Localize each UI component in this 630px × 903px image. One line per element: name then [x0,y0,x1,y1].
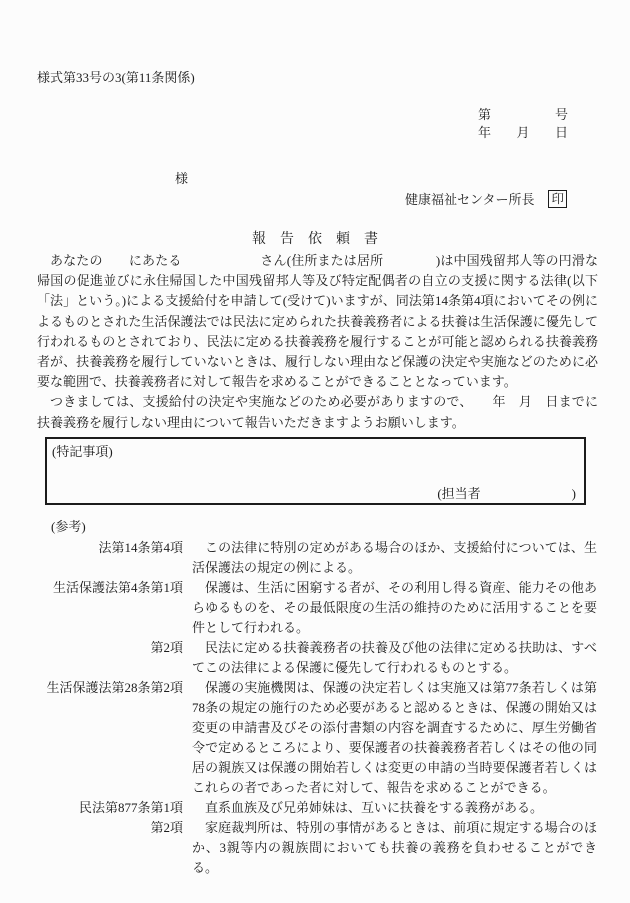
reference-article-label: 生活保護法第28条第2項 [37,678,183,798]
document-page: 様式第33号の3(第11条関係) 第 号 年 月 日 様 健康福祉センター所長 … [0,0,630,903]
reference-article-text: この法律に特別の定めがある場合のほか、支援給付については、生活保護法の規定の例に… [192,538,597,578]
reference-article-text: 保護は、生活に困窮する者が、その利用し得る資産、能力その他あらゆるものを、その最… [192,578,597,638]
body-text: あなたの にあたる さん(住所または居所 )は中国残留邦人等の円滑な帰国の促進並… [37,251,598,433]
reference-entry: 第2項 家庭裁判所は、特別の事情があるときは、前項に規定する場合のほか、3親等内… [37,818,603,878]
reference-article-label: 民法第877条第1項 [37,798,183,818]
reference-article-label: 法第14条第4項 [37,538,183,578]
sender-line: 健康福祉センター所長 印 [405,189,567,208]
reference-entry: 法第14条第4項 この法律に特別の定めがある場合のほか、支援給付については、生活… [37,538,603,578]
form-number: 様式第33号の3(第11条関係) [37,67,195,86]
document-number-line: 第 号 [478,104,568,123]
reference-entry: 民法第877条第1項 直系血族及び兄弟姉妹は、互いに扶養をする義務がある。 [37,798,603,818]
special-notes-label: (特記事項) [52,441,113,460]
reference-article-text: 民法に定める扶養義務者の扶養及び他の法律に定める扶助は、すべてこの法律による保護… [192,638,597,678]
reference-entry: 生活保護法第4条第1項 保護は、生活に困窮する者が、その利用し得る資産、能力その… [37,578,603,638]
reference-list: 法第14条第4項 この法律に特別の定めがある場合のほか、支援給付については、生活… [37,538,603,878]
date-day-label: 日 [555,122,568,141]
reference-article-label: 第2項 [37,638,183,678]
body-paragraph-2: つきましては、支援給付の決定や実施などのため必要がありますので、 年 月 日まで… [37,392,598,432]
reference-heading: (参考) [51,516,86,535]
date-month-label: 月 [516,122,529,141]
reference-entry: 第2項 民法に定める扶養義務者の扶養及び他の法律に定める扶助は、すべてこの法律に… [37,638,603,678]
special-notes-box: (特記事項) (担当者 ) [45,437,586,505]
reference-article-text: 直系血族及び兄弟姉妹は、互いに扶養をする義務がある。 [192,798,597,818]
doc-number-prefix: 第 [478,104,491,123]
reference-entry: 生活保護法第28条第2項 保護の実施機関は、保護の決定若しくは実施又は第77条若… [37,678,603,798]
reference-article-text: 保護の実施機関は、保護の決定若しくは実施又は第77条若しくは第78条の規定の施行… [192,678,597,798]
reference-article-text: 家庭裁判所は、特別の事情があるときは、前項に規定する場合のほか、3親等内の親族間… [192,818,597,878]
reference-article-label: 生活保護法第4条第1項 [37,578,183,638]
body-paragraph-1: あなたの にあたる さん(住所または居所 )は中国残留邦人等の円滑な帰国の促進並… [37,251,598,392]
reference-article-label: 第2項 [37,818,183,878]
sender-title: 健康福祉センター所長 [405,189,534,208]
seal-stamp-box: 印 [548,190,567,208]
doc-number-suffix: 号 [555,104,568,123]
date-line: 年 月 日 [478,122,568,141]
staff-in-charge-label: (担当者 ) [437,483,576,502]
recipient-honorific: 様 [175,168,188,187]
date-year-label: 年 [478,122,491,141]
document-title: 報 告 依 頼 書 [0,228,630,248]
